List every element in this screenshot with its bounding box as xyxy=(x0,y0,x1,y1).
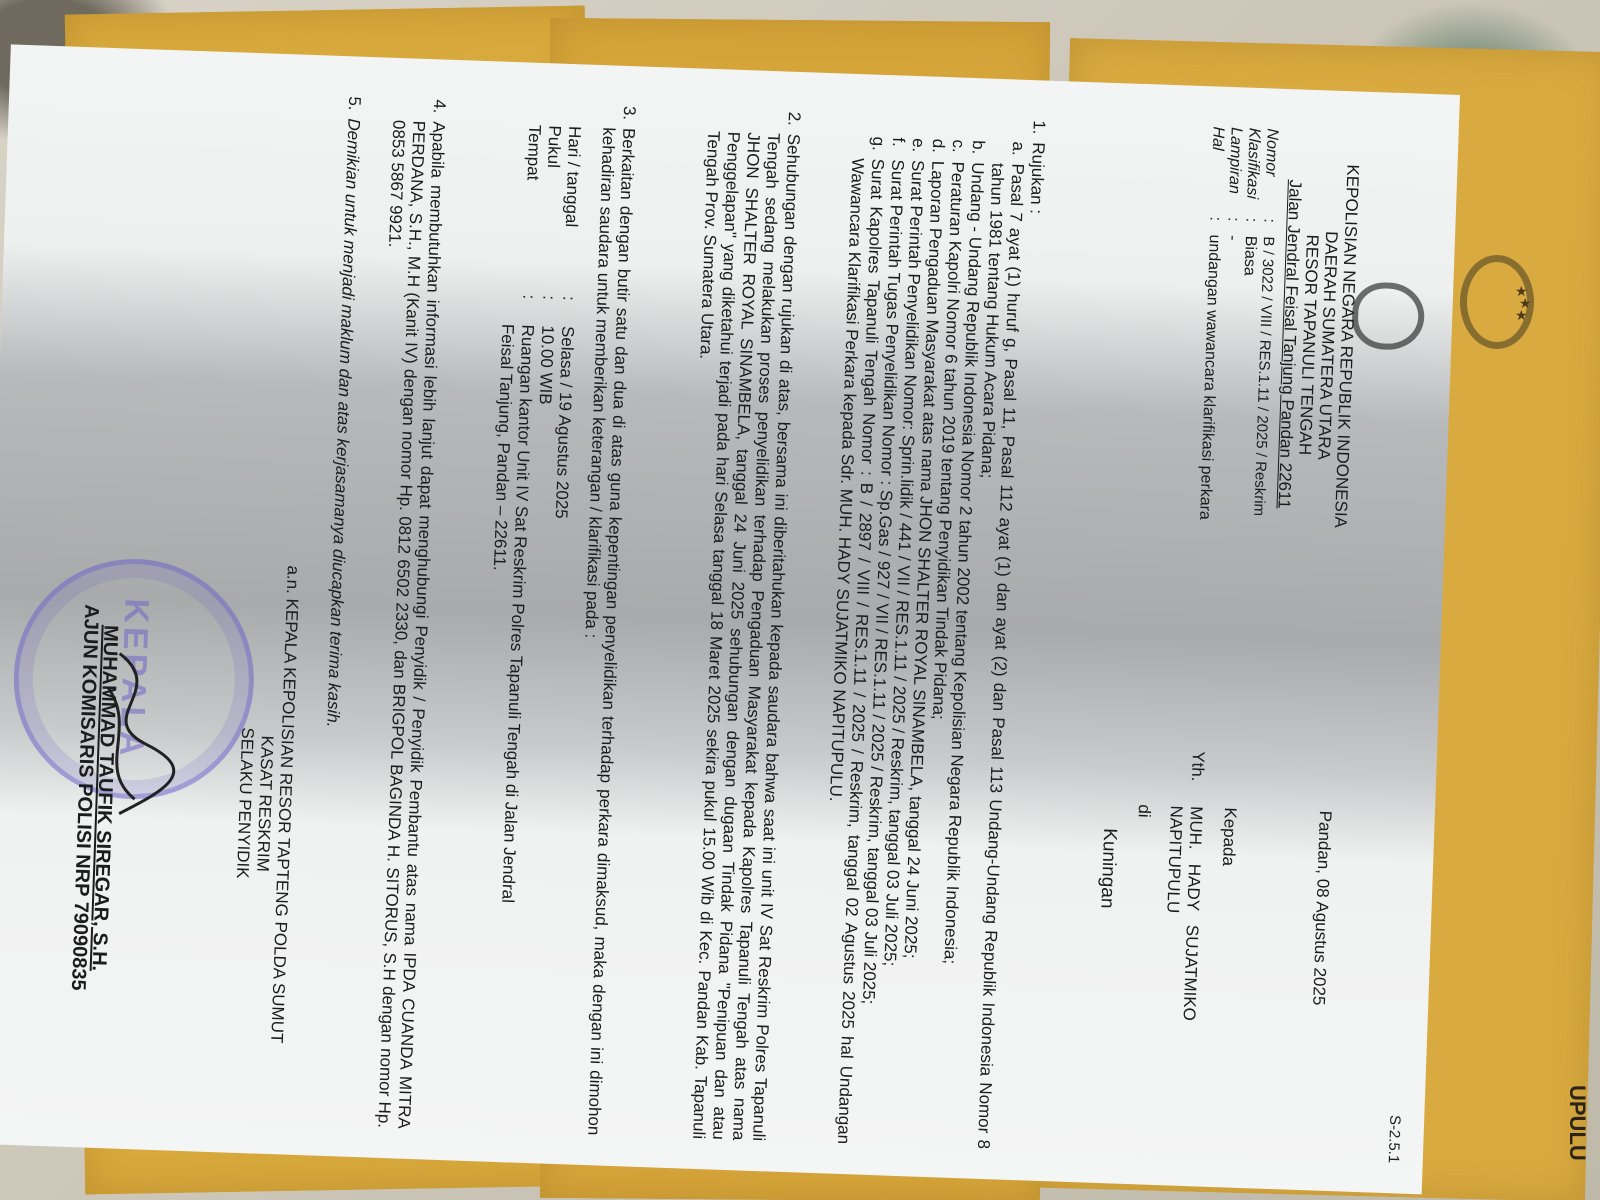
paragraph-5: 5. Demikian untuk menjadi maklum dan ata… xyxy=(308,96,364,1126)
rujukan-number: 1. xyxy=(1028,120,1049,143)
recipient-di: di xyxy=(1124,804,1154,1080)
recipient-yth: Yth. xyxy=(1166,750,1208,806)
recipient-kepada: Kepada xyxy=(1210,807,1240,1083)
klasifikasi-value: Biasa xyxy=(1240,235,1259,276)
recipient-place: Kuningan xyxy=(1090,828,1119,1079)
lampiran-value: - xyxy=(1223,235,1241,241)
letter-document: S-2.5.1 KEPOLISIAN NEGARA REPUBLIK INDON… xyxy=(0,44,1460,1194)
rujukan-section: 1. Rujukan : a.Pasal 7 ayat (1) huruf g,… xyxy=(813,114,1049,1150)
form-code: S-2.5.1 xyxy=(1383,1115,1405,1164)
letter-meta: Nomor : B / 3022 / VIII / RES.1.11 / 202… xyxy=(1186,126,1280,768)
stars-icon: ★ ★★ xyxy=(1515,285,1531,321)
paragraph-3: 3. Berkaitan dengan butir satu dan dua d… xyxy=(469,102,639,1136)
letterhead: KEPOLISIAN NEGARA REPUBLIK INDONESIA DAE… xyxy=(1273,129,1364,561)
paragraph-4: 4. Apabila membutuhkan informasi lebih l… xyxy=(353,98,449,1129)
schedule-table: Hari / tanggal:Selasa / 19 Agustus 2025P… xyxy=(469,124,584,1134)
signature-block: a.n. KEPALA KEPOLISIAN RESOR TAPTENG POL… xyxy=(65,517,304,1084)
place-date: Pandan, 08 Agustus 2025 xyxy=(1308,810,1335,1005)
envelope-text-name: UPULU xyxy=(1564,1085,1590,1161)
recipient-block: Kepada Yth. MUH. HADY SUJATMIKO NAPITUPU… xyxy=(1090,748,1241,1083)
police-logo-icon xyxy=(1351,281,1425,350)
rujukan-list: a.Pasal 7 ayat (1) huruf g, Pasal 11, Pa… xyxy=(813,136,1028,1150)
paragraph-2-text: Sehubungan dengan rujukan di atas, bersa… xyxy=(668,131,803,1142)
letter-page: S-2.5.1 KEPOLISIAN NEGARA REPUBLIK INDON… xyxy=(0,44,1460,1194)
paragraph-5-text: Demikian untuk menjadi maklum dan atas k… xyxy=(308,118,363,1126)
paragraph-4-text: Apabila membutuhkan informasi lebih lanj… xyxy=(353,120,448,1129)
paragraph-2: 2. Sehubungan dengan rujukan di atas, be… xyxy=(668,109,804,1142)
